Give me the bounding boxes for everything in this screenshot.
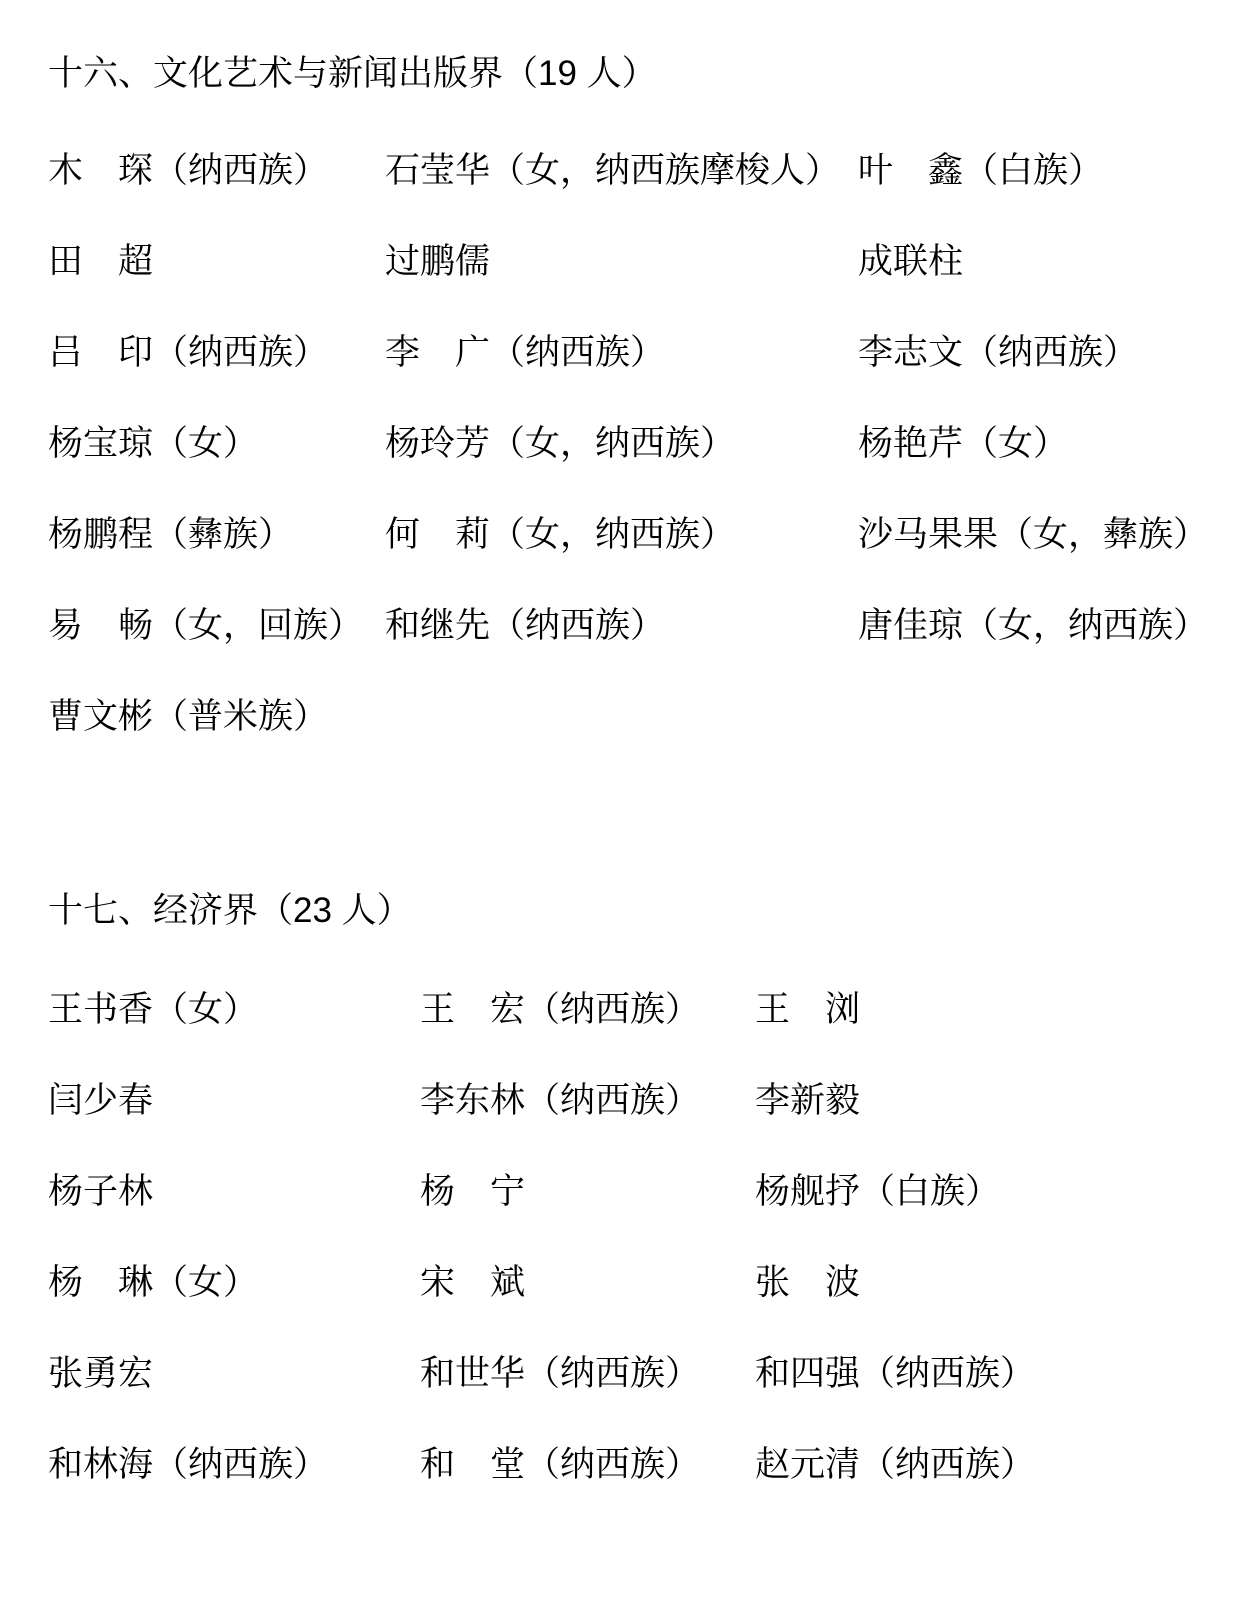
member-name: 杨舰抒（白族）	[755, 1170, 1000, 1214]
member-row: 王书香（女）王 宏（纳西族）王 浏	[0, 988, 1260, 1034]
member-name: 杨子林	[48, 1170, 153, 1214]
member-row: 曹文彬（普米族）	[0, 695, 1260, 741]
section-16-heading: 十六、文化艺术与新闻出版界（19 人）	[48, 52, 657, 96]
member-row: 和林海（纳西族）和 堂（纳西族）赵元清（纳西族）	[0, 1443, 1260, 1489]
member-name: 王 浏	[755, 988, 860, 1032]
member-name: 木 琛（纳西族）	[48, 149, 328, 193]
member-name: 和继先（纳西族）	[385, 604, 665, 648]
member-name: 杨玲芳（女，纳西族）	[385, 422, 735, 466]
member-name: 杨鹏程（彝族）	[48, 513, 293, 557]
member-name: 李东林（纳西族）	[420, 1079, 700, 1123]
member-name: 王书香（女）	[48, 988, 258, 1032]
member-name: 赵元清（纳西族）	[755, 1443, 1035, 1487]
document-page: 十六、文化艺术与新闻出版界（19 人） 木 琛（纳西族）石莹华（女，纳西族摩梭人…	[0, 0, 1260, 1600]
member-name: 和世华（纳西族）	[420, 1352, 700, 1396]
member-name: 叶 鑫（白族）	[858, 149, 1103, 193]
member-row: 易 畅（女，回族）和继先（纳西族）唐佳琼（女，纳西族）	[0, 604, 1260, 650]
member-name: 曹文彬（普米族）	[48, 695, 328, 739]
member-name: 沙马果果（女，彝族）	[858, 513, 1208, 557]
member-name: 王 宏（纳西族）	[420, 988, 700, 1032]
member-name: 成联柱	[858, 240, 963, 284]
member-row: 闫少春李东林（纳西族）李新毅	[0, 1079, 1260, 1125]
member-name: 和林海（纳西族）	[48, 1443, 328, 1487]
member-name: 杨 宁	[420, 1170, 525, 1214]
member-name: 杨艳芹（女）	[858, 422, 1068, 466]
member-name: 宋 斌	[420, 1261, 525, 1305]
member-name: 李 广（纳西族）	[385, 331, 665, 375]
member-name: 田 超	[48, 240, 153, 284]
member-name: 李志文（纳西族）	[858, 331, 1138, 375]
member-name: 杨宝琼（女）	[48, 422, 258, 466]
member-row: 杨鹏程（彝族）何 莉（女，纳西族）沙马果果（女，彝族）	[0, 513, 1260, 559]
member-row: 吕 印（纳西族）李 广（纳西族）李志文（纳西族）	[0, 331, 1260, 377]
member-name: 易 畅（女，回族）	[48, 604, 363, 648]
member-name: 和四强（纳西族）	[755, 1352, 1035, 1396]
member-name: 张 波	[755, 1261, 860, 1305]
member-row: 杨子林杨 宁杨舰抒（白族）	[0, 1170, 1260, 1216]
member-name: 李新毅	[755, 1079, 860, 1123]
member-name: 过鹏儒	[385, 240, 490, 284]
member-row: 张勇宏和世华（纳西族）和四强（纳西族）	[0, 1352, 1260, 1398]
member-name: 杨 琳（女）	[48, 1261, 258, 1305]
member-name: 何 莉（女，纳西族）	[385, 513, 735, 557]
member-name: 和 堂（纳西族）	[420, 1443, 700, 1487]
member-row: 木 琛（纳西族）石莹华（女，纳西族摩梭人）叶 鑫（白族）	[0, 149, 1260, 195]
member-name: 石莹华（女，纳西族摩梭人）	[385, 149, 840, 193]
member-row: 杨宝琼（女）杨玲芳（女，纳西族）杨艳芹（女）	[0, 422, 1260, 468]
section-17-heading: 十七、经济界（23 人）	[48, 889, 412, 933]
member-row: 田 超过鹏儒成联柱	[0, 240, 1260, 286]
member-name: 闫少春	[48, 1079, 153, 1123]
member-name: 张勇宏	[48, 1352, 153, 1396]
member-row: 杨 琳（女）宋 斌张 波	[0, 1261, 1260, 1307]
member-name: 唐佳琼（女，纳西族）	[858, 604, 1208, 648]
member-name: 吕 印（纳西族）	[48, 331, 328, 375]
